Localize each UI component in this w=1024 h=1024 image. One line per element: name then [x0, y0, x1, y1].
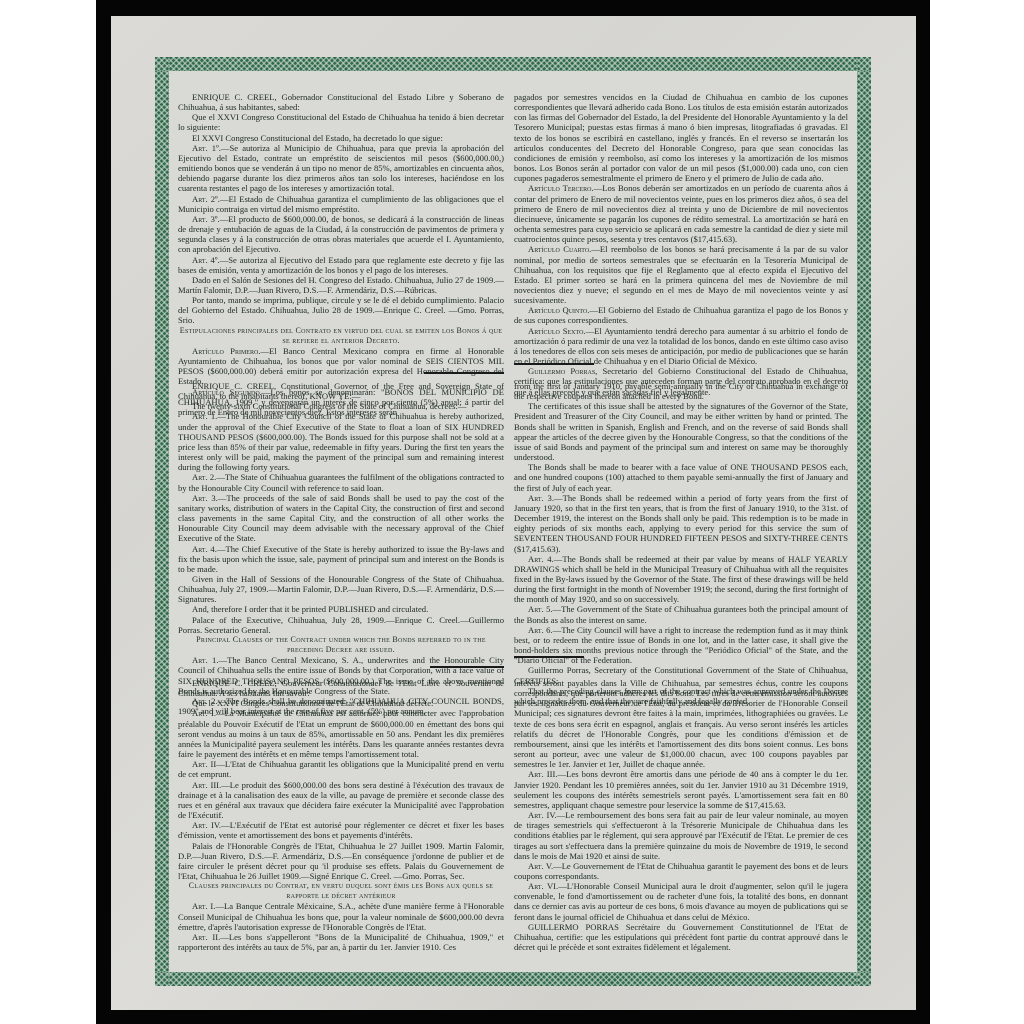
article-label: Art. 6. — [528, 625, 553, 635]
paragraph-text: —El Estado de Chihuahua garantiza el cum… — [178, 194, 504, 214]
article-paragraph: Art. V.—Le Gouvernement de l'Etat de Chi… — [514, 861, 848, 881]
paragraph-text: —The Government of the State of Chihuahu… — [514, 604, 848, 624]
article-label: Art. 1º. — [192, 143, 221, 153]
article-label: Art. IV. — [528, 810, 557, 820]
article-paragraph: Art. I.—La Banque Centrale Méxicaine, S.… — [178, 901, 504, 931]
spanish-decree-left-column: ENRIQUE C. CREEL, Gobernador Constitucio… — [178, 92, 504, 417]
article-label: Art. V. — [528, 861, 553, 871]
paragraph-text: —Le Gouvernement de l'Etat de Chihuahua … — [514, 861, 848, 881]
paragraph: The Bonds shall be made to bearer with a… — [514, 462, 848, 492]
article-paragraph: Art. II—L'Etat de Chihuahua garantit les… — [178, 759, 504, 779]
article-paragraph: Art. IV.—Le remboursement des bons sera … — [514, 810, 848, 861]
paragraph: El XXVI Congreso Constitucional del Esta… — [178, 133, 504, 143]
paragraph-text: Palais de l'Honorable Congrès de l'Etat,… — [178, 841, 504, 881]
article-paragraph: Art. 5.—The Government of the State of C… — [514, 604, 848, 624]
paragraph-text: ENRIQUE C. CREEL, Gobernador Constitucio… — [178, 92, 504, 112]
article-label: Art. 2. — [192, 472, 216, 482]
article-label: Art. 4º. — [192, 255, 220, 265]
paragraph-text: —L'Etat de Chihuahua garantit les obliga… — [178, 759, 504, 779]
article-paragraph: Art. 6.—The City Council will have a rig… — [514, 625, 848, 666]
paragraph-text: Por tanto, mando se imprima, publique, c… — [178, 295, 504, 325]
article-label: Art. III. — [192, 780, 221, 790]
paragraph: from the first of January 1910, payable … — [514, 381, 848, 401]
section-heading: Estipulaciones principales del Contrato … — [178, 326, 504, 346]
paragraph-text: —Le remboursement des bons sera fait au … — [514, 810, 848, 861]
section-divider — [514, 363, 594, 365]
paragraph: Que le XXVI Congrès Constitutionnel de l… — [178, 698, 504, 708]
article-paragraph: Art. 3.—The Bonds shall be redeemed with… — [514, 493, 848, 554]
article-paragraph: Artículo Quinto.—El Gobierno del Estado … — [514, 305, 848, 325]
paragraph: Que el XXVI Congreso Constitucional del … — [178, 112, 504, 132]
article-label: Art. II — [192, 759, 216, 769]
paragraph-text: —The Bonds shall be redeemed within a pe… — [514, 493, 848, 554]
paragraph-text: —Se autoriza al Municipio de Chihuahua, … — [178, 143, 504, 194]
article-paragraph: Art. 1.—The Honourable City Council of t… — [178, 411, 504, 472]
article-label: Art. 2º. — [192, 194, 220, 204]
paragraph-text: —The proceeds of the sale of said Bonds … — [178, 493, 504, 544]
paragraph: Palace of the Executive, Chihuahua, July… — [178, 615, 504, 635]
paragraph-text: The twenty-sixth Constitutional Congress… — [192, 401, 466, 411]
paragraph-text: intérêts seront payables dans la Ville d… — [514, 678, 848, 769]
article-label: Artículo Sexto. — [528, 326, 586, 336]
article-label: Art. II. — [192, 932, 220, 942]
paragraph-text: —Le produit des $600,000.00 des bons ser… — [178, 780, 504, 820]
paragraph-text: El XXVI Congreso Constitucional del Esta… — [192, 133, 443, 143]
paragraph: ENRIQUE C. CREEL, Gobernador Constitucio… — [178, 92, 504, 112]
paragraph-text: —The Chief Executive of the State is her… — [178, 544, 504, 574]
article-label: Art. VI. — [528, 881, 558, 891]
paragraph: ENRIQUE C. CREEL, Constitutional Governo… — [178, 381, 504, 401]
article-label: Art. 3. — [528, 493, 554, 503]
paragraph-text: Palace of the Executive, Chihuahua, July… — [178, 615, 504, 635]
article-paragraph: Artículo Sexto.—El Ayuntamiento tendrá d… — [514, 326, 848, 367]
paragraph: ENRIQUE C. CREEL, Gouverneur Constitutio… — [178, 678, 504, 698]
article-label: Art. 1. — [192, 411, 217, 421]
article-label: Art. 3º. — [192, 214, 220, 224]
paragraph-text: —The State of Chihuahua guarantees the f… — [178, 472, 504, 492]
paragraph-text: Que le XXVI Congrès Constitutionnel de l… — [192, 698, 433, 708]
paragraph-text: —Les bons devront être amortis dans une … — [514, 769, 848, 809]
spanish-decree-right-column: pagados por semestres vencidos en la Ciu… — [514, 92, 848, 397]
paragraph-text: The certificates of this issue shall be … — [514, 401, 848, 462]
section-divider — [514, 656, 584, 658]
french-decree-right-column: intérêts seront payables dans la Ville d… — [514, 678, 848, 952]
article-paragraph: Art. 3º.—El producto de $600,000.00, de … — [178, 214, 504, 255]
article-label: Art. 1. — [192, 655, 219, 665]
article-paragraph: Art. III.—Le produit des $600,000.00 des… — [178, 780, 504, 821]
paragraph-text: GUILLERMO PORRAS Secrétaire du Gouvernem… — [514, 922, 848, 952]
article-label: Art. 4. — [192, 544, 217, 554]
article-paragraph: Art. 4.—The Chief Executive of the State… — [178, 544, 504, 574]
section-divider — [430, 666, 504, 668]
paragraph: The twenty-sixth Constitutional Congress… — [178, 401, 504, 411]
paragraph-text: —Se autoriza al Ejecutivo del Estado par… — [178, 255, 504, 275]
article-paragraph: Art. III.—Les bons devront être amortis … — [514, 769, 848, 810]
article-paragraph: Art. 2.—The State of Chihuahua guarantee… — [178, 472, 504, 492]
paragraph-text: And, therefore I order that it be printe… — [192, 604, 428, 614]
article-paragraph: Art. 4º.—Se autoriza al Ejecutivo del Es… — [178, 255, 504, 275]
article-paragraph: Art. 4.—The Bonds shall be redeemed at t… — [514, 554, 848, 605]
paragraph-text: —The Bonds shall be redeemed at their pa… — [514, 554, 848, 605]
section-divider — [424, 372, 504, 374]
paragraph-text: pagados por semestres vencidos en la Ciu… — [514, 92, 848, 183]
article-paragraph: Art. IV.—L'Exécutif de l'Etat est autori… — [178, 820, 504, 840]
paragraph-text: —The City Council will have a right to i… — [514, 625, 848, 665]
article-label: Artículo Primero. — [192, 346, 260, 356]
paragraph-text: —L'Exécutif de l'Etat est autorisé pour … — [178, 820, 504, 840]
paragraph: The certificates of this issue shall be … — [514, 401, 848, 462]
article-label: Art. 5. — [528, 604, 553, 614]
french-decree-left-column: ENRIQUE C. CREEL, Gouverneur Constitutio… — [178, 678, 504, 952]
paragraph-text: ENRIQUE C. CREEL, Constitutional Governo… — [178, 381, 504, 401]
paragraph: Por tanto, mando se imprima, publique, c… — [178, 295, 504, 325]
article-label: Artículo Cuarto. — [528, 244, 591, 254]
paragraph-text: The Bonds shall be made to bearer with a… — [514, 462, 848, 492]
paragraph: GUILLERMO PORRAS Secrétaire du Gouvernem… — [514, 922, 848, 952]
article-label: Artículo Quinto. — [528, 305, 589, 315]
article-label: Art. I. — [192, 708, 216, 718]
article-label: Art. 3. — [192, 493, 218, 503]
article-paragraph: Art. 1º.—Se autoriza al Municipio de Chi… — [178, 143, 504, 194]
paragraph: And, therefore I order that it be printe… — [178, 604, 504, 614]
article-label: Artículo Tercero. — [528, 183, 594, 193]
paragraph-text: —The Honourable City Council of the Stat… — [178, 411, 504, 472]
article-paragraph: Art. II.—Les bons s'appelleront "Bons de… — [178, 932, 504, 952]
paragraph: intérêts seront payables dans la Ville d… — [514, 678, 848, 769]
paragraph-text: —La Banque Centrale Méxicaine, S.A., ach… — [178, 901, 504, 931]
paragraph-text: —El producto de $600,000.00, de bonos, s… — [178, 214, 504, 254]
article-paragraph: Artículo Cuarto.—El reembolso de los bon… — [514, 244, 848, 305]
article-label: Guillermo Porras, — [528, 366, 597, 376]
paragraph: Given in the Hall of Sessions of the Hon… — [178, 574, 504, 604]
section-heading: Principal Clauses of the Contract under … — [178, 635, 504, 655]
paragraph-text: ENRIQUE C. CREEL, Gouverneur Constitutio… — [178, 678, 504, 698]
paragraph: Dado en el Salón de Sesiones del H. Cong… — [178, 275, 504, 295]
paragraph-text: —L'Honorable Conseil Municipal aura le d… — [514, 881, 848, 921]
paragraph: pagados por semestres vencidos en la Ciu… — [514, 92, 848, 183]
article-label: Art. III. — [528, 769, 558, 779]
article-label: Art. 4. — [528, 554, 554, 564]
section-heading: Clauses principales du Contrat, en vertu… — [178, 881, 504, 901]
paragraph-text: Que el XXVI Congreso Constitucional del … — [178, 112, 504, 132]
article-paragraph: Art. VI.—L'Honorable Conseil Municipal a… — [514, 881, 848, 922]
article-paragraph: Art. I.—La Municipalité de Chihuahua est… — [178, 708, 504, 759]
paragraph-text: from the first of January 1910, payable … — [514, 381, 848, 401]
article-label: Art. IV. — [192, 820, 221, 830]
paragraph-text: Given in the Hall of Sessions of the Hon… — [178, 574, 504, 604]
article-paragraph: Art. 3.—The proceeds of the sale of said… — [178, 493, 504, 544]
paragraph: Palais de l'Honorable Congrès de l'Etat,… — [178, 841, 504, 882]
article-paragraph: Artículo Tercero.—Los Bonos deberán ser … — [514, 183, 848, 244]
article-label: Art. I. — [192, 901, 215, 911]
paragraph-text: —La Municipalité de Chihuahua est autori… — [178, 708, 504, 759]
article-paragraph: Art. 2º.—El Estado de Chihuahua garantiz… — [178, 194, 504, 214]
paragraph-text: —Les bons s'appelleront "Bons de la Muni… — [178, 932, 504, 952]
paragraph-text: Dado en el Salón de Sesiones del H. Cong… — [178, 275, 504, 295]
